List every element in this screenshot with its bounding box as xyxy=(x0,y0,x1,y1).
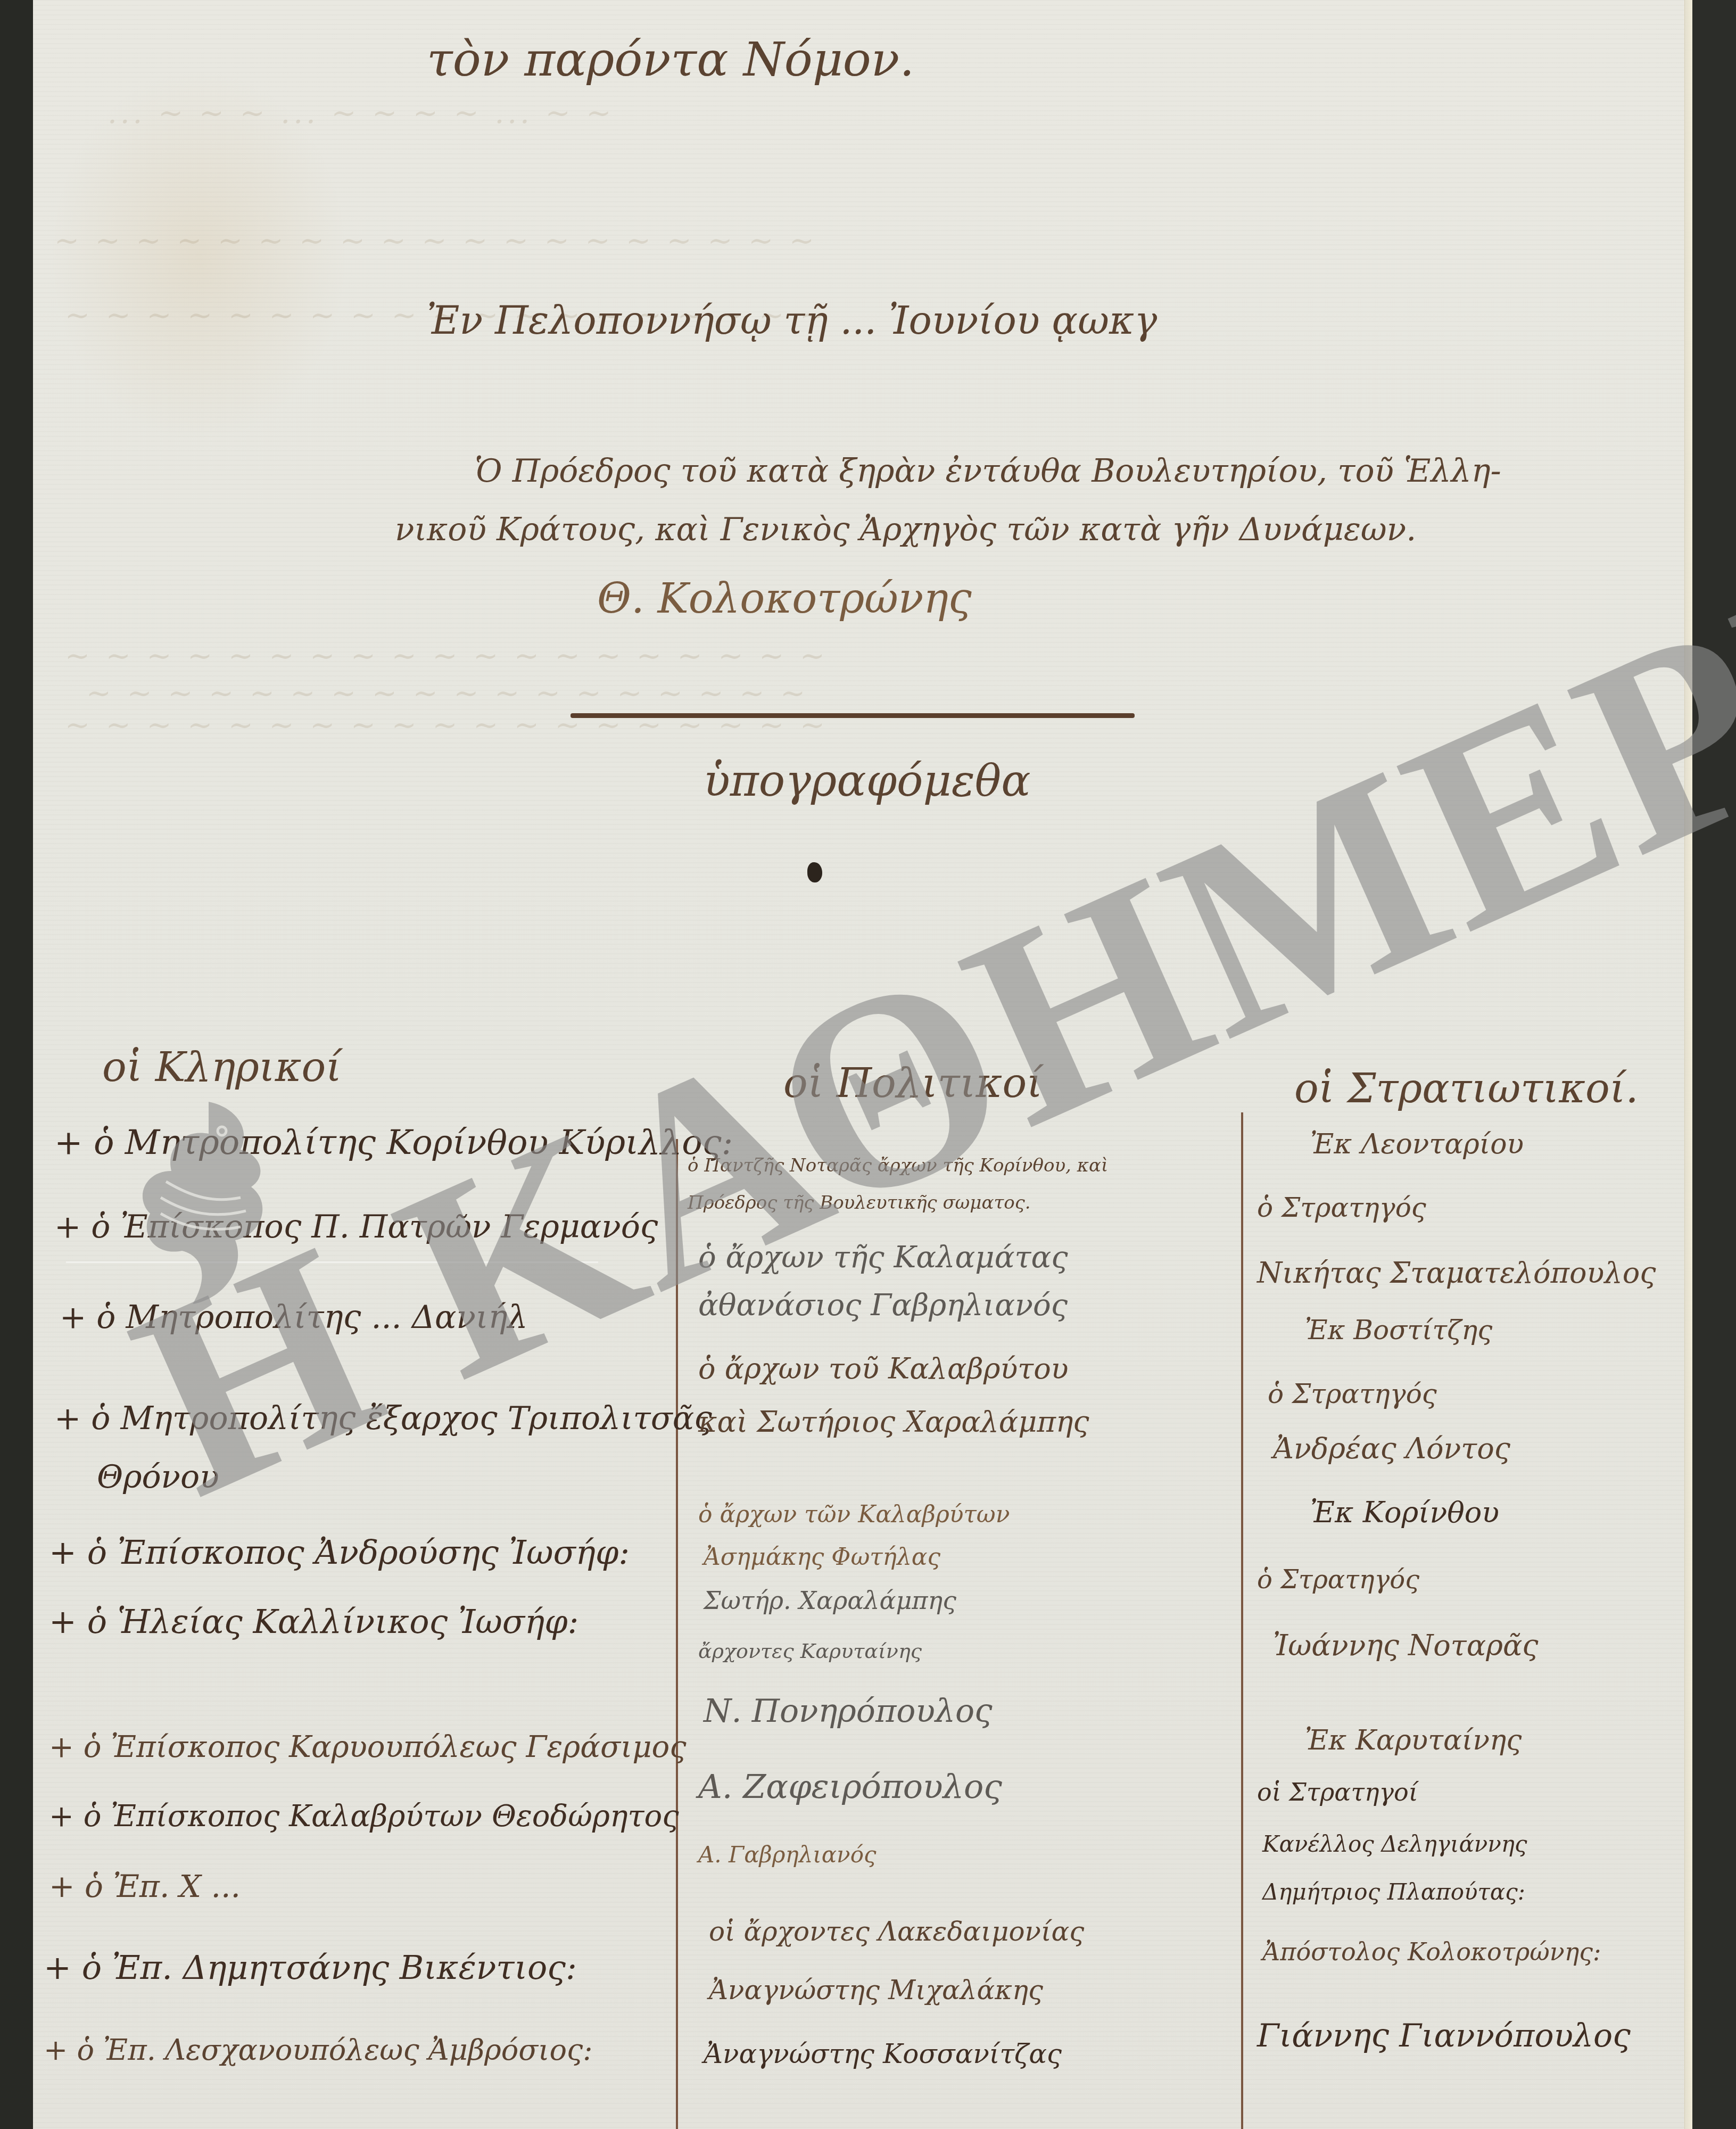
signature-entry: Νικήτας Σταματελόπουλος xyxy=(1257,1256,1656,1290)
subscribed-heading: ὑπογραφόμεθα xyxy=(704,756,1031,806)
signature-entry: Ἰωάννης Νοταρᾶς xyxy=(1273,1629,1539,1662)
scan-border-right xyxy=(1688,0,1736,2129)
signature-entry: + ὁ Ἐπίσκοπος Ἀνδρούσης Ἰωσήφ: xyxy=(49,1533,630,1572)
signature-entry: + ὁ Ἡλείας Καλλίνικος Ἰωσήφ: xyxy=(49,1602,579,1641)
header-line: τὸν παρόντα Νόμον. xyxy=(427,32,914,87)
signature-entry: Ἀσημάκης Φωτήλας xyxy=(704,1544,940,1571)
ink-blot xyxy=(807,862,822,882)
signature-entry: + ὁ Ἐπ. Λεσχανουπόλεως Ἀμβρόσιος: xyxy=(44,2033,592,2067)
place-date: Ἐν Πελοποννήσῳ τῇ ... Ἰουνίου ᾳωκγ xyxy=(427,298,1157,343)
signature-entry: Α. Ζαφειρόπουλος xyxy=(698,1767,1002,1806)
signature-entry: οἱ ἄρχοντες Λακεδαιμονίας xyxy=(709,1916,1084,1947)
signature-entry: Ἀπόστολος Κολοκοτρώνης: xyxy=(1262,1937,1601,1966)
bleed-through-text: ... ~ ~ ~ ... ~ ~ ~ ~ ... ~ ~ xyxy=(108,96,614,130)
signature-entry: Α. Γαβρηλιανός xyxy=(698,1842,876,1868)
signature-entry: Δημήτριος Πλαπούτας: xyxy=(1262,1879,1525,1905)
signature-entry: ὁ Στρατηγός xyxy=(1257,1192,1426,1223)
president-signature: Θ. Κολοκοτρώνης xyxy=(597,575,972,623)
bleed-through-text: ~ ~ ~ ~ ~ ~ ~ ~ ~ ~ ~ ~ ~ ~ ~ ~ ~ ~ xyxy=(86,676,808,711)
signature-entry: καὶ Σωτήριος Χαραλάμπης xyxy=(698,1405,1089,1439)
bleed-through-text: ~ ~ ~ ~ ~ ~ ~ ~ ~ ~ ~ ~ ~ ~ ~ ~ ~ ~ ~ xyxy=(54,224,817,258)
signature-entry: Ἐκ Καρυταίνης xyxy=(1305,1724,1522,1756)
signature-entry: Ἐκ Λεονταρίου xyxy=(1310,1128,1524,1160)
manuscript-page: ... ~ ~ ~ ... ~ ~ ~ ~ ... ~ ~ ~ ~ ~ ~ ~ … xyxy=(33,0,1692,2129)
signature-entry: ὁ Στρατηγός xyxy=(1257,1565,1419,1595)
column-heading-clergy: οἱ Κληρικοί xyxy=(102,1043,342,1091)
column-divider xyxy=(1241,1112,1243,2129)
paper-edge xyxy=(1684,0,1692,2129)
signature-entry: Ἀνδρέας Λόντος xyxy=(1273,1432,1510,1465)
signature-entry: Ἐκ Βοστίτζης xyxy=(1305,1315,1492,1346)
divider-rule xyxy=(571,713,1135,718)
signature-entry: + ὁ Ἐπ. Χ ... xyxy=(49,1868,241,1904)
signature-entry: ὁ ἄρχων τῶν Καλαβρύτων xyxy=(698,1501,1010,1528)
signature-entry: ὁ ἄρχων τοῦ Καλαβρύτου xyxy=(698,1352,1069,1385)
signature-entry: Ἐκ Κορίνθου xyxy=(1310,1496,1499,1529)
signature-entry: Ἀναγνώστης Κοσσανίτζας xyxy=(704,2039,1062,2069)
signature-entry: ὁ Στρατηγός xyxy=(1268,1379,1437,1409)
signature-entry: Σωτήρ. Χαραλάμπης xyxy=(704,1586,956,1615)
column-heading-military: οἱ Στρατιωτικοί. xyxy=(1294,1064,1639,1112)
signature-entry: Κανέλλος Δεληγιάννης xyxy=(1262,1831,1527,1857)
signature-entry: Ν. Πονηρόπουλος xyxy=(704,1693,993,1730)
signature-entry: ἄρχοντες Καρυταίνης xyxy=(698,1639,922,1663)
signature-entry: + ὁ Ἐπίσκοπος Καλαβρύτων Θεοδώρητος xyxy=(49,1799,679,1834)
president-title-line2: νικοῦ Κράτους, καὶ Γενικὸς Ἀρχηγὸς τῶν κ… xyxy=(395,511,1416,548)
bleed-through-text: ~ ~ ~ ~ ~ ~ ~ ~ ~ ~ ~ ~ ~ ~ ~ ~ ~ ~ ~ xyxy=(65,639,828,673)
signature-entry: + ὁ Ἐπ. Δημητσάνης Βικέντιος: xyxy=(44,1948,577,1987)
signature-entry: οἱ Στρατηγοί xyxy=(1257,1778,1418,1806)
scan-border-left xyxy=(0,0,37,2129)
president-title-line1: Ὁ Πρόεδρος τοῦ κατὰ ξηρὰν ἐντάυθα Βουλευ… xyxy=(475,452,1501,490)
signature-entry: + ὁ Ἐπίσκοπος Καρυουπόλεως Γεράσιμος xyxy=(49,1730,687,1764)
signature-entry: Ἀναγνώστης Μιχαλάκης xyxy=(709,1975,1043,2006)
signature-entry: Γιάννης Γιαννόπουλος xyxy=(1257,2017,1631,2054)
